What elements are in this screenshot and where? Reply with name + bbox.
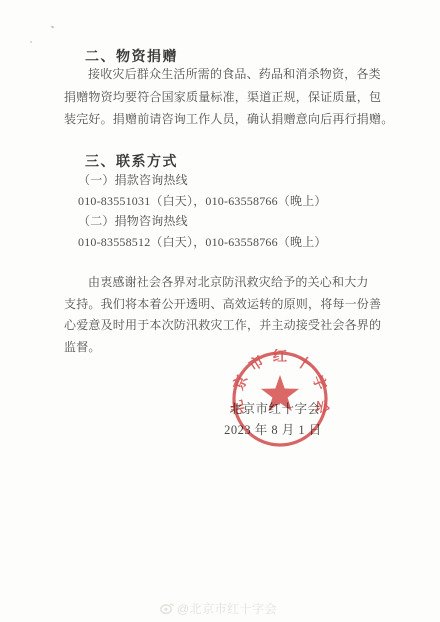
paragraph-line: 捐赠物资均要符合国家质量标准，渠道正规，保证质量，包 <box>64 86 393 109</box>
seal-star-icon <box>261 375 299 411</box>
paragraph-line: 由衷感谢社会各界对北京防汛救灾给予的关心和大力 <box>64 272 381 294</box>
watermark-text: @北京市红十字会 <box>177 600 277 617</box>
scanned-document-page: 二、物资捐赠 接收灾后群众生活所需的食品、药品和消杀物资，各类 捐赠物资均要符合… <box>0 0 440 622</box>
contact-line-donation-hotline-label: （一）捐款咨询热线 <box>78 170 327 191</box>
contact-info-block: （一）捐款咨询热线 010-83551031（白天），010-63558766（… <box>78 170 327 253</box>
weibo-watermark: @北京市红十字会 <box>160 599 280 617</box>
paragraph-line: 心爱意及时用于本次防汛救灾工作，并主动接受社会各界的 <box>64 315 381 337</box>
paragraph-line: 接收灾后群众生活所需的食品、药品和消杀物资，各类 <box>64 63 393 86</box>
contact-line-donation-hotline-numbers: 010-83551031（白天），010-63558766（晚上） <box>78 191 327 212</box>
section-heading-contact-info: 三、联系方式 <box>85 151 178 171</box>
paragraph-line: 支持。我们将本着公开透明、高效运转的原则，将每一份善 <box>64 294 381 316</box>
contact-line-goods-hotline-label: （二）捐物咨询热线 <box>78 211 327 232</box>
paragraph-material-donation: 接收灾后群众生活所需的食品、药品和消杀物资，各类 捐赠物资均要符合国家质量标准，… <box>64 63 393 131</box>
scan-speck <box>51 25 55 28</box>
scan-speck <box>30 41 32 43</box>
closing-paragraph: 由衷感谢社会各界对北京防汛救灾给予的关心和大力 支持。我们将本着公开透明、高效运… <box>64 272 381 358</box>
contact-line-goods-hotline-numbers: 010-83558512（白天），010-63558766（晚上） <box>78 232 327 253</box>
paragraph-line: 装完好。捐赠前请咨询工作人员，确认捐赠意向后再行捐赠。 <box>64 108 393 131</box>
red-cross-official-seal: 北京市红十字会 <box>230 349 330 449</box>
paragraph-line: 监督。 <box>64 337 381 359</box>
weibo-icon <box>160 602 174 614</box>
